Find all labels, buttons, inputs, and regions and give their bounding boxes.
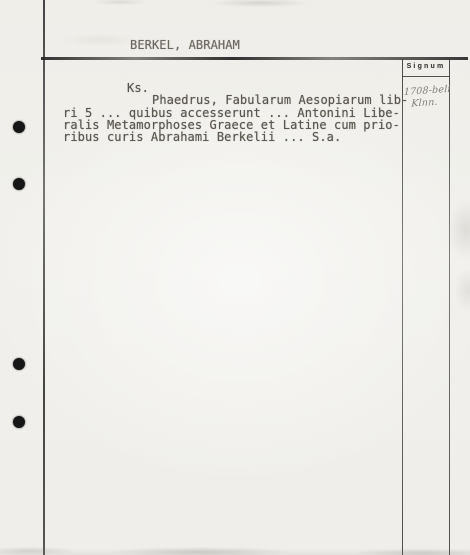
catalog-card-scan: Signum BERKEL, ABRAHAM Ks. Phaedrus, Fab… xyxy=(0,0,470,555)
signum-handwriting-line: Klnn. xyxy=(411,95,449,109)
punch-hole xyxy=(13,178,25,190)
catalog-entry: Ks. Phaedrus, Fabularum Aesopiarum lib- … xyxy=(63,82,408,143)
signum-column-right-rule xyxy=(449,59,450,555)
header-divider-rule xyxy=(41,57,468,60)
punch-hole xyxy=(13,358,25,370)
author-heading: BERKEL, ABRAHAM xyxy=(130,38,240,52)
punch-hole xyxy=(13,416,25,428)
entry-line: ribus curis Abrahami Berkelii ... S.a. xyxy=(63,131,408,143)
signum-handwritten-note: 1708-beli Klnn. xyxy=(403,84,450,110)
left-margin-rule xyxy=(43,0,45,555)
punch-hole xyxy=(13,121,25,133)
signum-header-underline xyxy=(402,76,450,77)
signum-column-label: Signum xyxy=(403,63,449,70)
entry-line: Phaedrus, Fabularum Aesopiarum lib- xyxy=(152,94,408,106)
